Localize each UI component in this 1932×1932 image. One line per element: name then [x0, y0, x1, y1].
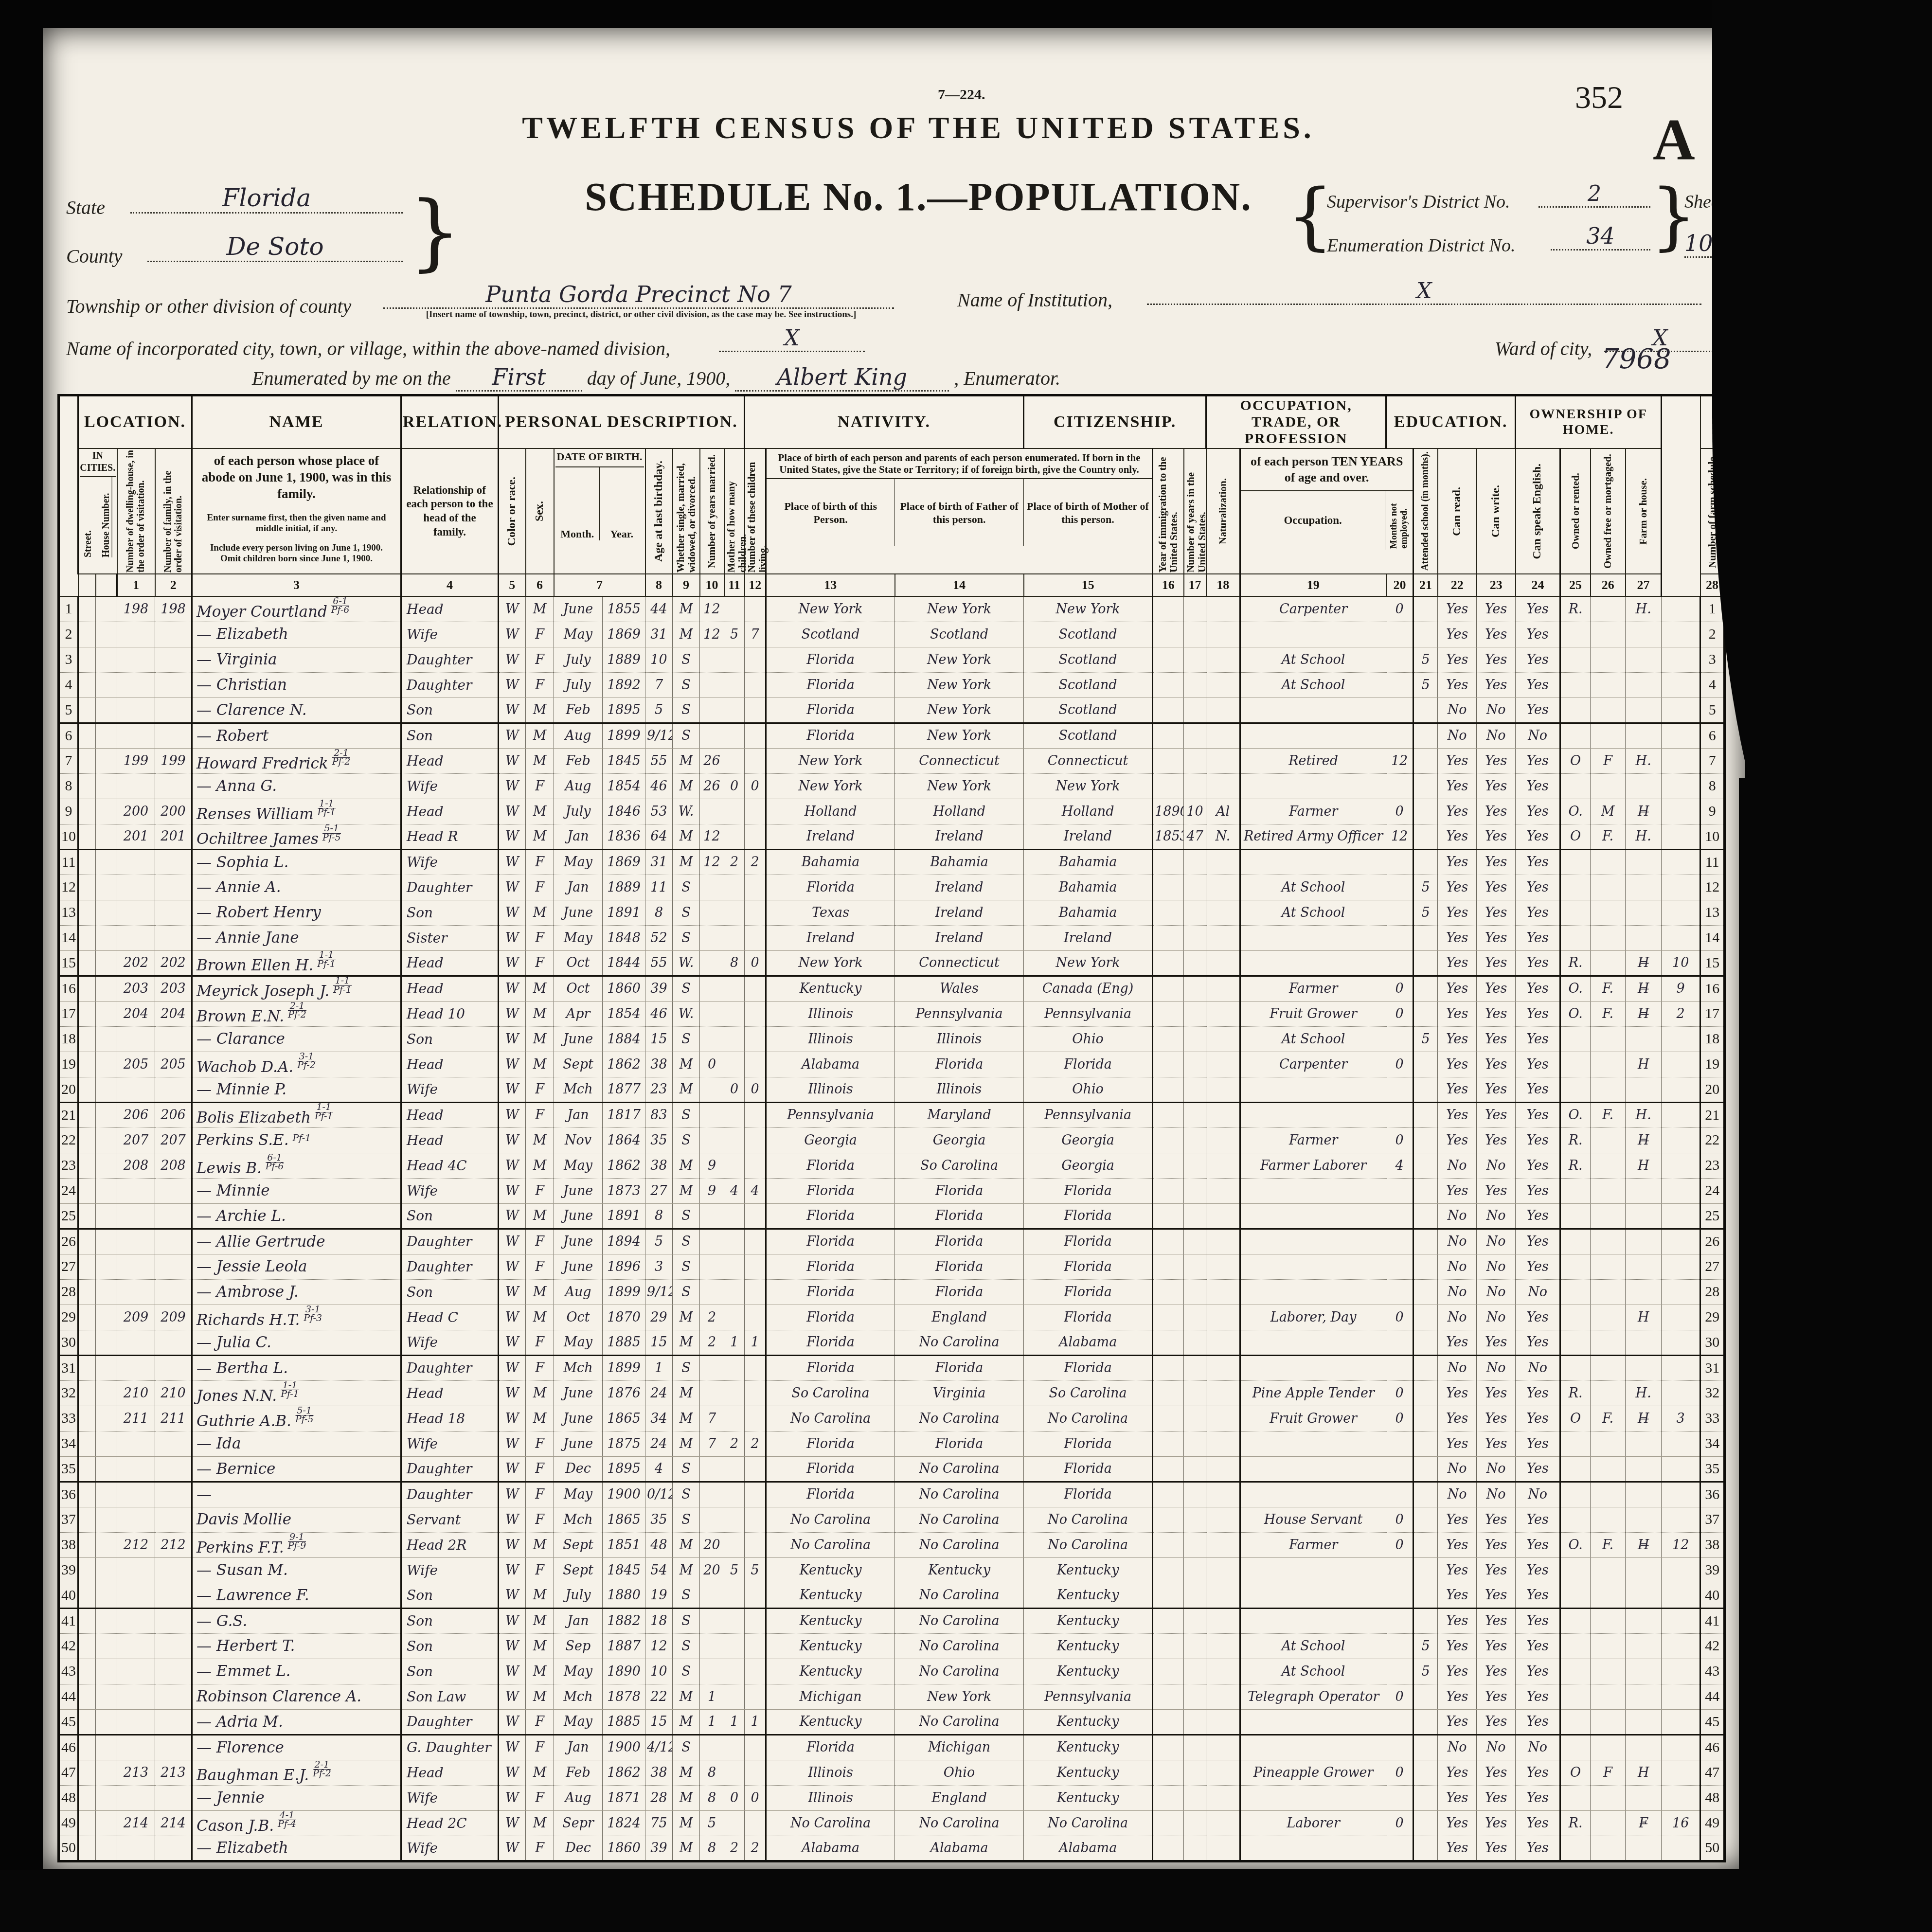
- can-write: Yes: [1477, 1810, 1516, 1836]
- age: 4/12: [645, 1735, 673, 1760]
- page-letter: A: [1653, 106, 1695, 173]
- line-number: 40: [59, 1583, 78, 1608]
- farm-schedule-number: [1662, 748, 1700, 773]
- mother-of-children: [724, 799, 745, 824]
- can-read: No: [1438, 723, 1477, 748]
- family-number: [155, 1482, 192, 1507]
- person-name: — Annie A.: [192, 875, 401, 900]
- birth-month: July: [554, 647, 603, 672]
- birth-year: 1862: [603, 1760, 645, 1785]
- naturalization: [1206, 1760, 1240, 1785]
- person-row-43: 43— Emmet L.SonWMMay189010SKentuckyNo Ca…: [59, 1659, 1725, 1684]
- months-not-employed: 0: [1386, 1684, 1413, 1709]
- person-row-20: 20— Minnie P.WifeWFMch187723M00IllinoisI…: [59, 1077, 1725, 1102]
- birth-month: Feb: [554, 698, 603, 723]
- can-write: Yes: [1477, 925, 1516, 950]
- person-row-8: 8— Anna G.WifeWFAug185446M2600New YorkNe…: [59, 773, 1725, 799]
- school-months: [1413, 950, 1438, 976]
- months-not-employed: 0: [1386, 799, 1413, 824]
- father-birthplace: Florida: [895, 1431, 1024, 1456]
- sex: F: [526, 1836, 554, 1861]
- relation: G. Daughter: [401, 1735, 499, 1760]
- occupation: At School: [1240, 647, 1386, 672]
- birthplace: Florida: [766, 1355, 895, 1380]
- enumerator-mark: 9-1Pf-9: [288, 1533, 306, 1550]
- owned-or-rented: [1560, 723, 1591, 748]
- father-birthplace: Florida: [895, 1355, 1024, 1380]
- father-birthplace: Ireland: [895, 900, 1024, 925]
- line-number: 13: [59, 900, 78, 925]
- months-not-employed: [1386, 875, 1413, 900]
- relation: Wife: [401, 1557, 499, 1583]
- children-living: 2: [745, 1836, 766, 1861]
- farm-schedule-number: [1662, 1330, 1700, 1355]
- mother-of-children: 8: [724, 950, 745, 976]
- dwelling-number: 205: [117, 1052, 155, 1077]
- mother-of-children: 1: [724, 1330, 745, 1355]
- school-months: [1413, 596, 1438, 622]
- years-married: [700, 1456, 724, 1482]
- can-speak-english: Yes: [1516, 1431, 1560, 1456]
- can-speak-english: Yes: [1516, 925, 1560, 950]
- owned-free-or-mortgaged: F.: [1591, 1406, 1626, 1431]
- person-row-18: 18— ClaranceSonWMJune188415SIllinoisIlli…: [59, 1026, 1725, 1052]
- owned-free-or-mortgaged: [1591, 1178, 1626, 1203]
- dwelling-number: [117, 698, 155, 723]
- farm-or-house: [1626, 1229, 1662, 1254]
- color-race: W: [499, 1102, 526, 1127]
- naturalization-label: Naturalization.: [1206, 448, 1240, 574]
- line-number-right: 10: [1700, 824, 1725, 849]
- mother-birthplace: Georgia: [1024, 1127, 1153, 1153]
- dwelling-number: [117, 1557, 155, 1583]
- father-birthplace: New York: [895, 1684, 1024, 1709]
- months-not-employed: [1386, 1102, 1413, 1127]
- can-speak-english: Yes: [1516, 1052, 1560, 1077]
- owned-or-rented: [1560, 1482, 1591, 1507]
- person-name: Brown Ellen H.1-1Pf-1: [192, 950, 401, 976]
- farm-or-house: H.: [1626, 1380, 1662, 1406]
- sex: M: [526, 1127, 554, 1153]
- name-desc: of each person whose place of abode on J…: [199, 453, 394, 502]
- mother-of-children: [724, 1482, 745, 1507]
- owned-or-rented: R.: [1560, 950, 1591, 976]
- father-birthplace: So Carolina: [895, 1153, 1024, 1178]
- marital-status: S: [673, 1355, 700, 1380]
- house-number: [96, 849, 117, 875]
- mother-birthplace: Scotland: [1024, 672, 1153, 698]
- father-birthplace: Maryland: [895, 1102, 1024, 1127]
- person-row-13: 13— Robert HenrySonWMJune18918STexasIrel…: [59, 900, 1725, 925]
- sex: M: [526, 900, 554, 925]
- father-birthplace: Georgia: [895, 1127, 1024, 1153]
- owned-free-or-mortgaged: F.: [1591, 976, 1626, 1001]
- occupation: [1240, 1178, 1386, 1203]
- can-read: Yes: [1438, 1659, 1477, 1684]
- mother-of-children: [724, 1254, 745, 1279]
- family-number: [155, 1355, 192, 1380]
- enumeration-district-label: Enumeration District No.: [1327, 235, 1515, 256]
- immigration-year: [1153, 1203, 1184, 1229]
- age: 35: [645, 1127, 673, 1153]
- street: [78, 1052, 96, 1077]
- farm-schedule-number: [1662, 1557, 1700, 1583]
- farm-or-house: H̶: [1626, 1127, 1662, 1153]
- birthplace: Florida: [766, 1735, 895, 1760]
- owned-or-rented: [1560, 1077, 1591, 1102]
- farm-schedule-number: [1662, 1052, 1700, 1077]
- naturalization: [1206, 1507, 1240, 1532]
- years-married: [700, 1633, 724, 1659]
- can-write: No: [1477, 1203, 1516, 1229]
- children-living: [745, 1279, 766, 1305]
- family-number: [155, 1785, 192, 1810]
- years-married: [700, 1735, 724, 1760]
- mother-of-children: [724, 1735, 745, 1760]
- column-number-3: 3: [192, 574, 401, 596]
- years-married: 20: [700, 1557, 724, 1583]
- father-birthplace: England: [895, 1785, 1024, 1810]
- can-write: Yes: [1477, 596, 1516, 622]
- occupation: [1240, 1709, 1386, 1735]
- farm-schedule-number: 3: [1662, 1406, 1700, 1431]
- street: [78, 1785, 96, 1810]
- can-read: Yes: [1438, 1052, 1477, 1077]
- color-race: W: [499, 723, 526, 748]
- dwelling-number: [117, 1203, 155, 1229]
- father-birthplace: No Carolina: [895, 1456, 1024, 1482]
- person-name: Bolis Elizabeth1-1Pf-1: [192, 1102, 401, 1127]
- years-in-us: [1184, 622, 1206, 647]
- can-read: Yes: [1438, 1785, 1477, 1810]
- can-read: No: [1438, 1735, 1477, 1760]
- person-name: — Herbert T.: [192, 1633, 401, 1659]
- birth-month: May: [554, 849, 603, 875]
- house-number: [96, 1659, 117, 1684]
- birth-year: 1895: [603, 698, 645, 723]
- age: 5: [645, 698, 673, 723]
- school-months: [1413, 698, 1438, 723]
- person-name: Perkins F.T.9-1Pf-9: [192, 1532, 401, 1557]
- sex: F: [526, 1785, 554, 1810]
- mother-birthplace: Canada (Eng): [1024, 976, 1153, 1001]
- birthplace: Georgia: [766, 1127, 895, 1153]
- column-number-row: 1234567891011121314151617181920212223242…: [59, 574, 1725, 596]
- birthplace: Kentucky: [766, 1608, 895, 1633]
- sex: F: [526, 1507, 554, 1532]
- years-in-us: [1184, 1102, 1206, 1127]
- father-birthplace: Florida: [895, 1203, 1024, 1229]
- mother-birthplace: Scotland: [1024, 647, 1153, 672]
- months-not-employed: [1386, 1557, 1413, 1583]
- years-in-us: [1184, 1127, 1206, 1153]
- father-birthplace: Florida: [895, 1178, 1024, 1203]
- months-not-employed: [1386, 1178, 1413, 1203]
- column-number-25: 25: [1560, 574, 1591, 596]
- nativity-group: NATIVITY.: [745, 395, 1024, 449]
- father-birthplace: Ireland: [895, 875, 1024, 900]
- house-number: [96, 925, 117, 950]
- dwelling-number: 200: [117, 799, 155, 824]
- can-write-label: Can write.: [1477, 448, 1516, 574]
- mother-birthplace: Florida: [1024, 1456, 1153, 1482]
- months-not-employed: [1386, 1608, 1413, 1633]
- farm-or-house: H.: [1626, 596, 1662, 622]
- relation: Head: [401, 976, 499, 1001]
- birthplace: Florida: [766, 1431, 895, 1456]
- house-number: [96, 596, 117, 622]
- owned-or-rented: [1560, 1026, 1591, 1052]
- owned-free-or-mortgaged: [1591, 1507, 1626, 1532]
- house-number: [96, 875, 117, 900]
- line-number-right: 48: [1700, 1785, 1725, 1810]
- can-speak-english: Yes: [1516, 1709, 1560, 1735]
- sex: F: [526, 1077, 554, 1102]
- birthplace: Michigan: [766, 1684, 895, 1709]
- color-race: W: [499, 1077, 526, 1102]
- age: 46: [645, 773, 673, 799]
- dwelling-number: [117, 1431, 155, 1456]
- person-row-45: 45— Adria M.DaughterWFMay188515M111Kentu…: [59, 1709, 1725, 1735]
- mother-birthplace: Connecticut: [1024, 748, 1153, 773]
- street: [78, 723, 96, 748]
- birth-year: 1882: [603, 1608, 645, 1633]
- mother-birthplace: Pennsylvania: [1024, 1102, 1153, 1127]
- years-in-us: [1184, 1279, 1206, 1305]
- birthplace: No Carolina: [766, 1532, 895, 1557]
- person-name: Moyer Courtland6-1Pf-6: [192, 596, 401, 622]
- can-write: Yes: [1477, 849, 1516, 875]
- person-row-50: 50— ElizabethWifeWFDec186039M822AlabamaA…: [59, 1836, 1725, 1861]
- children-living: [745, 1052, 766, 1077]
- children-living: 1: [745, 1330, 766, 1355]
- owned-or-rented: [1560, 773, 1591, 799]
- farm-schedule-number: [1662, 1229, 1700, 1254]
- birth-year: 1899: [603, 1355, 645, 1380]
- months-not-employed: [1386, 1330, 1413, 1355]
- house-number: [96, 1203, 117, 1229]
- owned-or-rented: [1560, 1785, 1591, 1810]
- dwelling-number: 214: [117, 1810, 155, 1836]
- naturalization: [1206, 1279, 1240, 1305]
- family-number: [155, 1836, 192, 1861]
- sex: M: [526, 1608, 554, 1633]
- years-married: [700, 672, 724, 698]
- mother-of-children: 0: [724, 1785, 745, 1810]
- street: [78, 622, 96, 647]
- naturalization: [1206, 1380, 1240, 1406]
- birth-month: Dec: [554, 1456, 603, 1482]
- years-married: [700, 1608, 724, 1633]
- owned-or-rented: [1560, 1203, 1591, 1229]
- birth-month: June: [554, 1406, 603, 1431]
- family-number: 210: [155, 1380, 192, 1406]
- house-number: [96, 1684, 117, 1709]
- occupation: [1240, 925, 1386, 950]
- birthplace: Kentucky: [766, 976, 895, 1001]
- school-months: [1413, 1229, 1438, 1254]
- farm-or-house: H̶: [1626, 950, 1662, 976]
- years-in-us: [1184, 1659, 1206, 1684]
- name-group: NAME: [192, 395, 401, 449]
- house-number: [96, 1052, 117, 1077]
- months-not-employed: [1386, 773, 1413, 799]
- birth-year: 1848: [603, 925, 645, 950]
- owned-or-rented: O.: [1560, 976, 1591, 1001]
- person-name: Meyrick Joseph J.1-1Pf-1: [192, 976, 401, 1001]
- father-birthplace: No Carolina: [895, 1608, 1024, 1633]
- mother-of-children: [724, 1760, 745, 1785]
- children-living: [745, 1229, 766, 1254]
- color-race: W: [499, 1482, 526, 1507]
- enumerator-mark: 5-1Pf-5: [322, 824, 341, 841]
- person-name: Richards H.T.3-1Pf-3: [192, 1305, 401, 1330]
- owned-free-or-mortgaged: [1591, 1684, 1626, 1709]
- naturalization: [1206, 1127, 1240, 1153]
- occupation-label: Occupation.: [1241, 491, 1385, 550]
- house-number: [96, 622, 117, 647]
- line-number: 3: [59, 647, 78, 672]
- farm-schedule-number: [1662, 1254, 1700, 1279]
- street: [78, 773, 96, 799]
- father-birthplace: Illinois: [895, 1077, 1024, 1102]
- years-married: [700, 698, 724, 723]
- months-not-employed: [1386, 925, 1413, 950]
- immigration-year: [1153, 1507, 1184, 1532]
- dwelling-number: [117, 1836, 155, 1861]
- children-living: [745, 1254, 766, 1279]
- naturalization: [1206, 672, 1240, 698]
- birth-year: 1877: [603, 1077, 645, 1102]
- house-number: [96, 748, 117, 773]
- street: [78, 1153, 96, 1178]
- farm-or-house: [1626, 1178, 1662, 1203]
- father-birthplace: Pennsylvania: [895, 1001, 1024, 1026]
- farm-house-label: Farm or house.: [1626, 448, 1662, 574]
- street: [78, 1456, 96, 1482]
- age: 55: [645, 950, 673, 976]
- age: 15: [645, 1330, 673, 1355]
- can-speak-english: No: [1516, 1735, 1560, 1760]
- farm-schedule-number: [1662, 1785, 1700, 1810]
- can-read: Yes: [1438, 1406, 1477, 1431]
- years-in-us: [1184, 1583, 1206, 1608]
- marital-status: M: [673, 1557, 700, 1583]
- mother-birthplace: New York: [1024, 773, 1153, 799]
- farm-schedule-number: [1662, 1608, 1700, 1633]
- family-number: [155, 1507, 192, 1532]
- can-speak-english: No: [1516, 1482, 1560, 1507]
- school-months: 5: [1413, 647, 1438, 672]
- person-row-1: 1198198Moyer Courtland6-1Pf-6HeadWMJune1…: [59, 596, 1725, 622]
- street: [78, 1229, 96, 1254]
- years-in-us: [1184, 1633, 1206, 1659]
- marital-status: M: [673, 748, 700, 773]
- person-name: — Julia C.: [192, 1330, 401, 1355]
- farm-schedule-number: [1662, 849, 1700, 875]
- line-number: 41: [59, 1608, 78, 1633]
- family-number: [155, 1229, 192, 1254]
- can-write: Yes: [1477, 1052, 1516, 1077]
- school-months: [1413, 1279, 1438, 1305]
- can-read: Yes: [1438, 875, 1477, 900]
- immigration-year: [1153, 1659, 1184, 1684]
- owned-or-rented: [1560, 1305, 1591, 1330]
- age: 39: [645, 1836, 673, 1861]
- can-write: Yes: [1477, 1709, 1516, 1735]
- owned-or-rented: [1560, 1355, 1591, 1380]
- years-married: 7: [700, 1431, 724, 1456]
- naturalization: [1206, 1431, 1240, 1456]
- person-row-34: 34— IdaWifeWFJune187524M722FloridaFlorid…: [59, 1431, 1725, 1456]
- birth-year: 1876: [603, 1380, 645, 1406]
- street: [78, 1557, 96, 1583]
- dwelling-number: [117, 1608, 155, 1633]
- immigration-year: [1153, 875, 1184, 900]
- can-read: Yes: [1438, 1077, 1477, 1102]
- dwelling-number: [117, 622, 155, 647]
- column-number-22: 22: [1438, 574, 1477, 596]
- birth-year: 1880: [603, 1583, 645, 1608]
- naturalization: [1206, 976, 1240, 1001]
- owned-free-or-mortgaged: F: [1591, 1760, 1626, 1785]
- months-not-employed: [1386, 698, 1413, 723]
- person-name: — Elizabeth: [192, 622, 401, 647]
- house-number: [96, 1026, 117, 1052]
- birth-month: Aug: [554, 773, 603, 799]
- years-in-us: [1184, 723, 1206, 748]
- mother-of-children: [724, 1507, 745, 1532]
- marital-status: S: [673, 1608, 700, 1633]
- person-name: — Jessie Leola: [192, 1254, 401, 1279]
- institution-label: Name of Institution,: [957, 288, 1112, 311]
- years-married: [700, 1001, 724, 1026]
- months-not-employed: [1386, 723, 1413, 748]
- birth-year: 1836: [603, 824, 645, 849]
- line-number-right: 49: [1700, 1810, 1725, 1836]
- column-number-9: 9: [673, 574, 700, 596]
- can-speak-english: Yes: [1516, 1633, 1560, 1659]
- school-months: [1413, 1456, 1438, 1482]
- relation: Daughter: [401, 1254, 499, 1279]
- dwelling-number: [117, 1583, 155, 1608]
- occupation: Telegraph Operator: [1240, 1684, 1386, 1709]
- birthplace: Florida: [766, 1279, 895, 1305]
- can-speak-english: Yes: [1516, 622, 1560, 647]
- family-number: [155, 698, 192, 723]
- children-living: 1: [745, 1709, 766, 1735]
- birth-month: June: [554, 900, 603, 925]
- dwelling-number: [117, 1026, 155, 1052]
- farm-or-house: [1626, 1431, 1662, 1456]
- mother-of-children: 2: [724, 1431, 745, 1456]
- person-row-15: 15202202Brown Ellen H.1-1Pf-1HeadWFOct18…: [59, 950, 1725, 976]
- family-number: 212: [155, 1532, 192, 1557]
- line-number-right: 45: [1700, 1709, 1725, 1735]
- farm-or-house: H: [1626, 1153, 1662, 1178]
- house-number: [96, 1178, 117, 1203]
- years-married: [700, 950, 724, 976]
- color-race: W: [499, 1735, 526, 1760]
- house-number: [96, 950, 117, 976]
- children-living: [745, 1380, 766, 1406]
- years-married: [700, 1355, 724, 1380]
- owned-or-rented: [1560, 1709, 1591, 1735]
- can-speak-english: Yes: [1516, 647, 1560, 672]
- dwelling-number: [117, 1482, 155, 1507]
- naturalization: [1206, 849, 1240, 875]
- line-number-right: 11: [1700, 849, 1725, 875]
